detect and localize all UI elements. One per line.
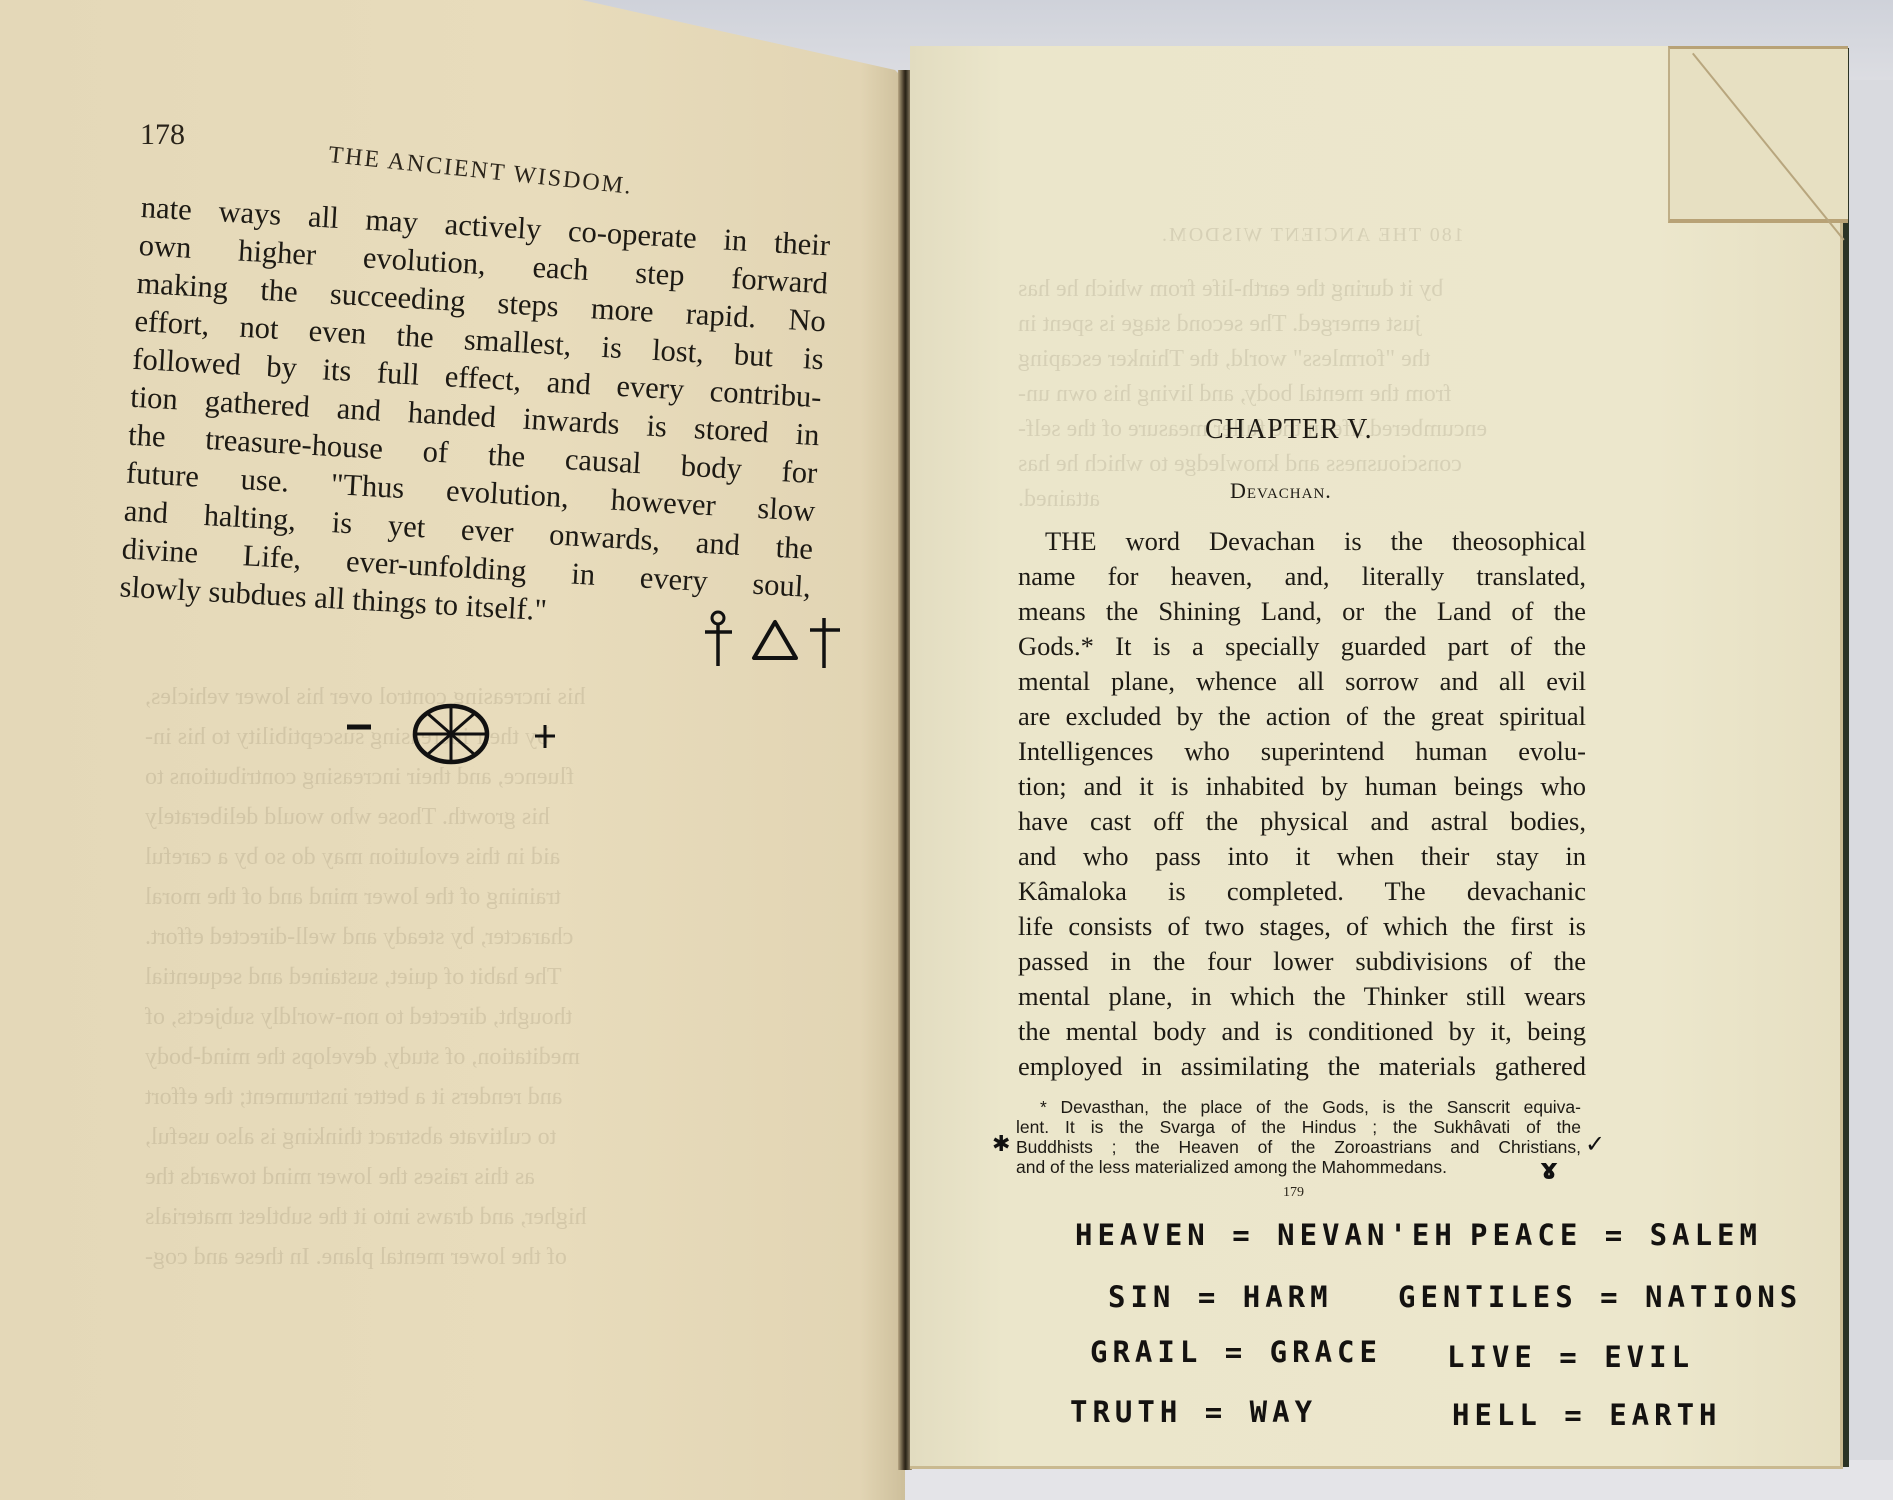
text-line: have cast off the physical and astral bo… <box>1018 806 1586 837</box>
footnote-line: and of the less materialized among the M… <box>1016 1157 1581 1178</box>
handwritten-note: GENTILES = NATIONS <box>1398 1280 1802 1314</box>
handwritten-note: SIN = HARM <box>1108 1280 1333 1314</box>
ankh-triangle-cross-icon <box>700 608 850 670</box>
text-line: mental plane, whence all sorrow and all … <box>1018 666 1586 697</box>
footnote-line: Buddhists ; the Heaven of the Zoroastria… <box>1016 1137 1581 1158</box>
text-line: THE word Devachan is the theosophical <box>1045 526 1586 557</box>
handwritten-note: PEACE = SALEM <box>1470 1218 1762 1252</box>
text-line: Intelligences who superintend human evol… <box>1018 736 1586 767</box>
handwritten-note: TRUTH = WAY <box>1070 1395 1317 1429</box>
footnote-line: lent. It is the Svarga of the Hindus ; t… <box>1016 1117 1581 1138</box>
text-line: are excluded by the action of the great … <box>1018 701 1586 732</box>
text-line: tion; and it is inhabited by human being… <box>1018 771 1586 802</box>
text-line: the mental body and is conditioned by it… <box>1018 1016 1586 1047</box>
chapter-title: CHAPTER V. <box>1205 414 1373 446</box>
wheel-with-minus-plus-icon <box>345 700 565 770</box>
text-line: Kâmaloka is completed. The devachanic <box>1018 876 1586 907</box>
handwritten-note: GRAIL = GRACE <box>1090 1335 1382 1369</box>
page-number: 178 <box>140 118 185 152</box>
text-line: employed in assimilating the materials g… <box>1018 1051 1586 1082</box>
asterisk-mark-icon: ✱ <box>992 1132 1010 1157</box>
text-line: means the Shining Land, or the Land of t… <box>1018 596 1586 627</box>
handwritten-note: HELL = EARTH <box>1452 1398 1722 1432</box>
text-line: mental plane, in which the Thinker still… <box>1018 981 1586 1012</box>
text-line: name for heaven, and, literally translat… <box>1018 561 1586 592</box>
text-line: and who pass into it when their stay in <box>1018 841 1586 872</box>
handwritten-note: HEAVEN = NEVAN'EH <box>1075 1218 1457 1252</box>
handwritten-note: LIVE = EVIL <box>1447 1340 1694 1374</box>
curl-mark-icon: ɤ <box>1540 1152 1558 1185</box>
footnote-line: * Devasthan, the place of the Gods, is t… <box>1040 1097 1581 1118</box>
page-number: 179 <box>1283 1185 1304 1201</box>
chapter-subtitle: Devachan. <box>1230 478 1332 504</box>
text-line: Gods.* It is a specially guarded part of… <box>1018 631 1586 662</box>
checkmark-icon: ✓ <box>1585 1130 1605 1158</box>
text-line: life consists of two stages, of which th… <box>1018 911 1586 942</box>
text-line: passed in the four lower subdivisions of… <box>1018 946 1586 977</box>
